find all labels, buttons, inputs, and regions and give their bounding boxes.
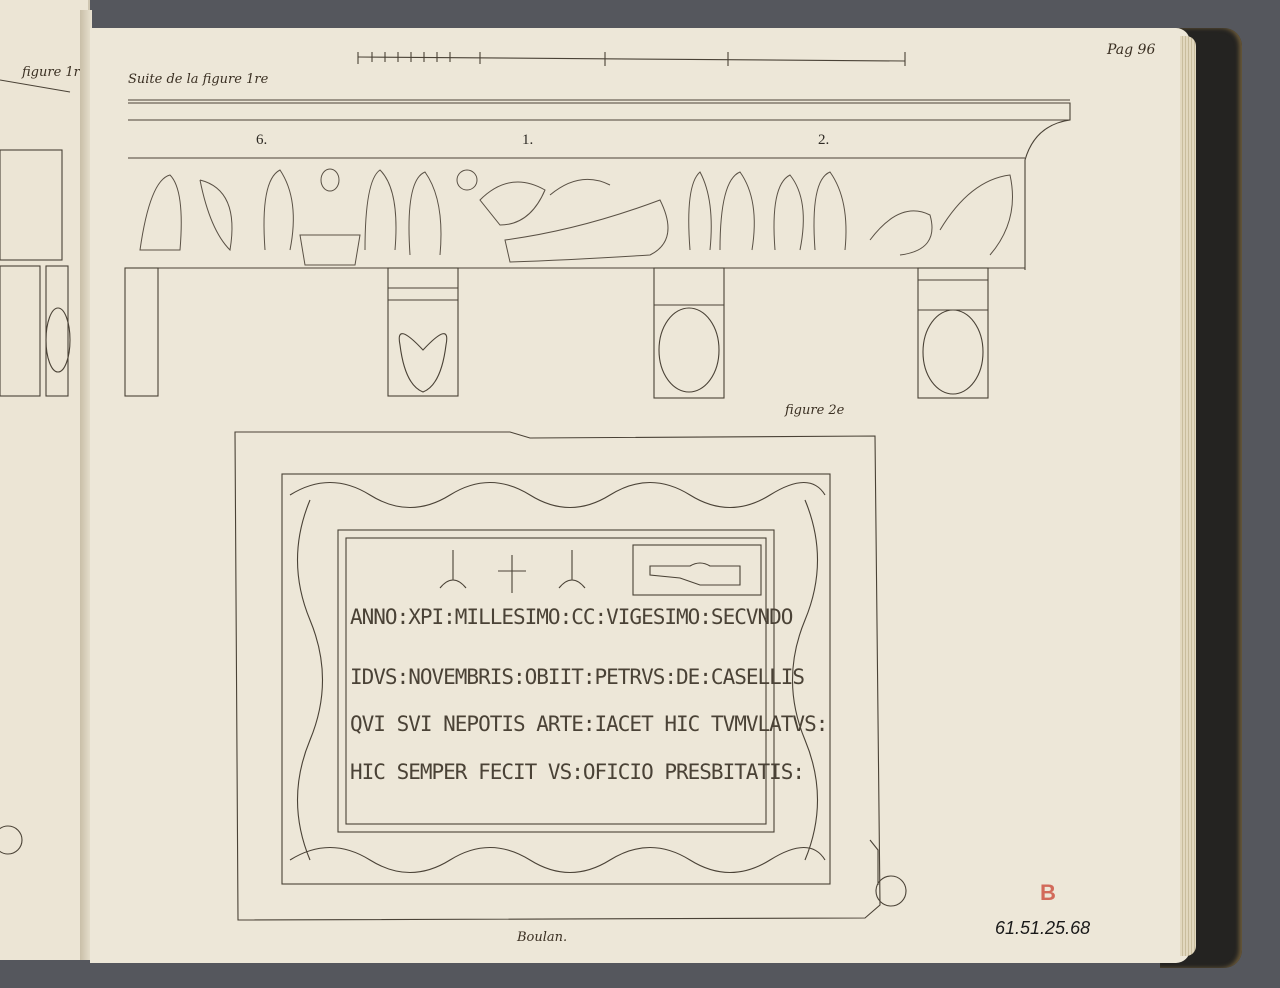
corbels (125, 268, 988, 398)
inscription-line-4: HIC SEMPER FECIT VS:OFICIO PRESBITATIS: (350, 760, 770, 784)
signature: Boulan. (517, 930, 567, 945)
inscription-line-2: IDVS:NOVEMBRIS:OBIIT:PETRVS:DE:CASELLIS (350, 665, 770, 689)
library-stamp-circle (876, 876, 906, 906)
frieze-label-2: 2. (818, 132, 829, 149)
architectural-drawing (0, 0, 1280, 988)
scale-bar (358, 52, 905, 66)
frieze-reliefs (140, 169, 1013, 265)
figure-2-label: figure 2e (785, 403, 844, 418)
library-stamp-b: B (1040, 880, 1056, 906)
inscription-line-1: ANNO:XPI:MILLESIMO:CC:VIGESIMO:SECVNDO (350, 605, 770, 629)
frieze-label-1: 1. (522, 132, 533, 149)
call-number: 61.51.25.68 (995, 918, 1090, 939)
inscription-line-3: QVI SVI NEPOTIS ARTE:IACET HIC TVMVLATVS… (350, 712, 770, 736)
frieze-label-6: 6. (256, 132, 267, 149)
